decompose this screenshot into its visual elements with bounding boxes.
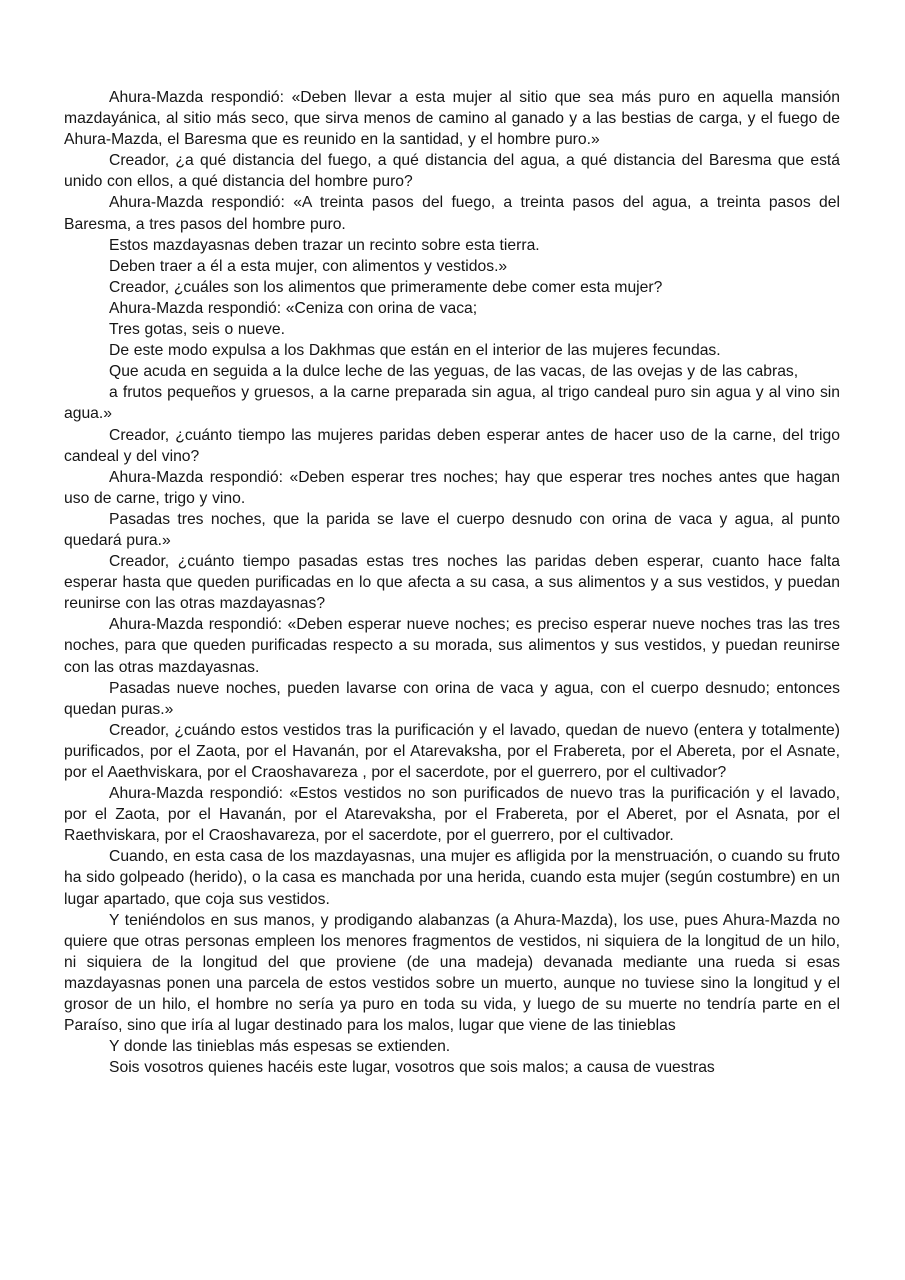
paragraph: Pasadas nueve noches, pueden lavarse con… [64, 678, 840, 720]
paragraph: Deben traer a él a esta mujer, con alime… [64, 256, 840, 277]
paragraph: Creador, ¿cuándo estos vestidos tras la … [64, 720, 840, 783]
paragraph: Ahura-Mazda respondió: «Estos vestidos n… [64, 783, 840, 846]
paragraph: Cuando, en esta casa de los mazdayasnas,… [64, 846, 840, 909]
paragraph: Ahura-Mazda respondió: «Deben esperar nu… [64, 614, 840, 677]
text-block: Ahura-Mazda respondió: «Deben llevar a e… [64, 87, 840, 1078]
paragraph: Que acuda en seguida a la dulce leche de… [64, 361, 840, 382]
paragraph: Ahura-Mazda respondió: «Ceniza con orina… [64, 298, 840, 319]
paragraph: Ahura-Mazda respondió: «A treinta pasos … [64, 192, 840, 234]
paragraph: Y teniéndolos en sus manos, y prodigando… [64, 910, 840, 1037]
paragraph: Estos mazdayasnas deben trazar un recint… [64, 235, 840, 256]
paragraph: Creador, ¿cuánto tiempo pasadas estas tr… [64, 551, 840, 614]
paragraph: Creador, ¿a qué distancia del fuego, a q… [64, 150, 840, 192]
paragraph: Sois vosotros quienes hacéis este lugar,… [64, 1057, 840, 1078]
paragraph: De este modo expulsa a los Dakhmas que e… [64, 340, 840, 361]
paragraph: a frutos pequeños y gruesos, a la carne … [64, 382, 840, 424]
paragraph: Ahura-Mazda respondió: «Deben esperar tr… [64, 467, 840, 509]
paragraph: Y donde las tinieblas más espesas se ext… [64, 1036, 840, 1057]
paragraph: Creador, ¿cuáles son los alimentos que p… [64, 277, 840, 298]
paragraph: Tres gotas, seis o nueve. [64, 319, 840, 340]
paragraph: Ahura-Mazda respondió: «Deben llevar a e… [64, 87, 840, 150]
document-page: Ahura-Mazda respondió: «Deben llevar a e… [0, 0, 905, 1280]
paragraph: Creador, ¿cuánto tiempo las mujeres pari… [64, 425, 840, 467]
paragraph: Pasadas tres noches, que la parida se la… [64, 509, 840, 551]
